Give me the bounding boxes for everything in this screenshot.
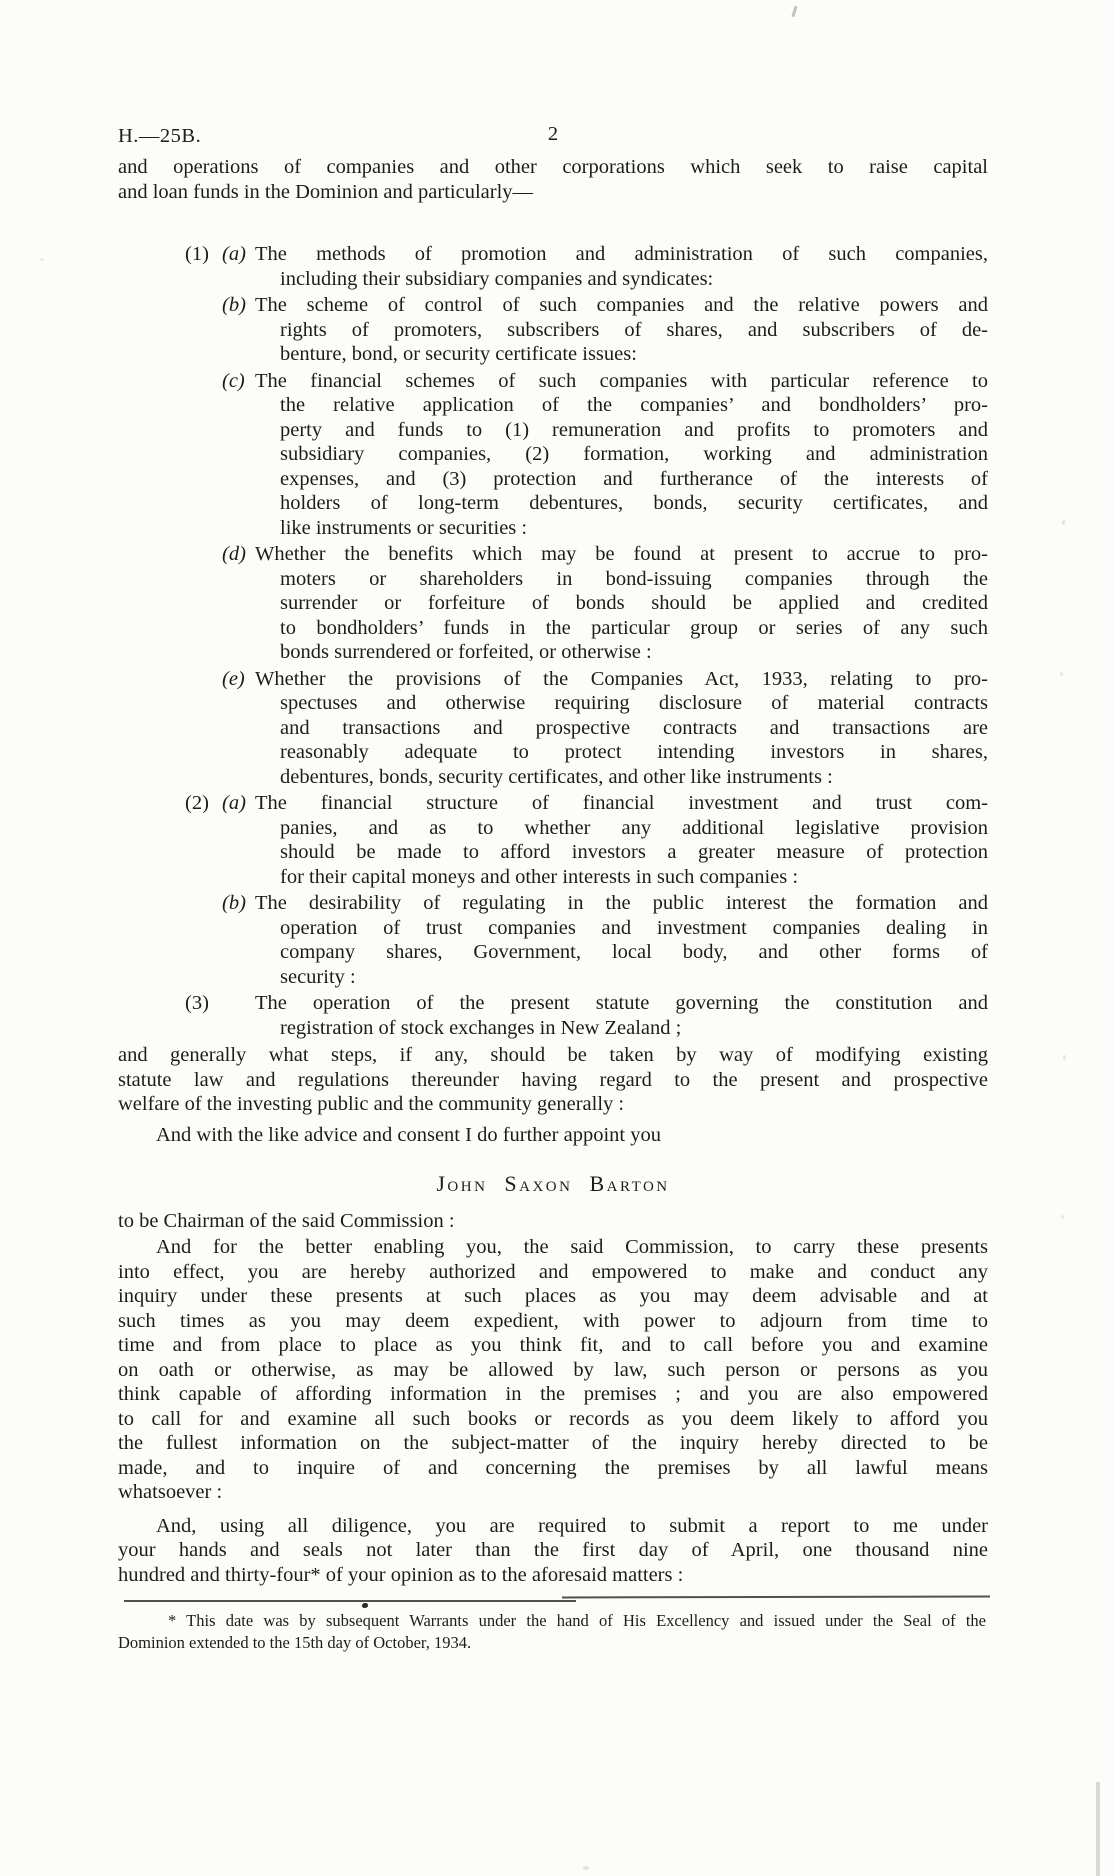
list-item: (d) Whether the benefits which may be fo… — [118, 542, 988, 665]
text-line: company shares, Government, local body, … — [280, 940, 988, 965]
item-letter: (a) — [222, 242, 255, 291]
text-line: and generally what steps, if any, should… — [118, 1043, 988, 1068]
item-text: The operation of the present statute gov… — [255, 991, 988, 1040]
list-item: (c) The financial schemes of such compan… — [118, 369, 988, 541]
text-line: The financial structure of financial inv… — [255, 791, 988, 816]
text-line: to bondholders’ funds in the particular … — [280, 616, 988, 641]
general-scope-paragraph: and generally what steps, if any, should… — [118, 1043, 988, 1117]
item-letter: (e) — [222, 667, 255, 790]
item-number — [185, 667, 222, 790]
scan-speckle — [583, 1866, 589, 1870]
text-line: welfare of the investing public and the … — [118, 1092, 988, 1117]
text-line: and operations of companies and other co… — [118, 155, 988, 180]
page-number: 2 — [118, 122, 988, 147]
text-line: rights of promoters, subscribers of shar… — [280, 318, 988, 343]
text-line: the relative application of the companie… — [280, 393, 988, 418]
appointee-name: John Saxon Barton — [118, 1172, 988, 1197]
text-line: The desirability of regulating in the pu… — [255, 891, 988, 916]
item-text: The financial structure of financial inv… — [255, 791, 988, 889]
item-number: (3) — [185, 991, 222, 1040]
page-header: H.—25B. 2 — [118, 122, 988, 148]
list-item: (b) The desirability of regulating in th… — [118, 891, 988, 989]
text-line: operation of trust companies and investm… — [280, 916, 988, 941]
item-number — [185, 369, 222, 541]
text-line: surrender or forfeiture of bonds should … — [280, 591, 988, 616]
scan-speckle — [1063, 1055, 1066, 1060]
text-line: whatsoever : — [118, 1480, 988, 1505]
item-number — [185, 293, 222, 367]
text-line: statute law and regulations thereunder h… — [118, 1068, 988, 1093]
text-line: Whether the benefits which may be found … — [255, 542, 988, 567]
scan-speckle — [40, 258, 44, 261]
text-line: The scheme of control of such companies … — [255, 293, 988, 318]
report-deadline-paragraph: And, using all diligence, you are requir… — [118, 1514, 988, 1588]
text-line: your hands and seals not later than the … — [118, 1538, 988, 1563]
item-number — [185, 542, 222, 665]
text-line: reasonably adequate to protect intending… — [280, 740, 988, 765]
intro-paragraph: and operations of companies and other co… — [118, 155, 988, 204]
text-line: for their capital moneys and other inter… — [280, 865, 988, 890]
item-letter: (c) — [222, 369, 255, 541]
footnote-rule — [124, 1600, 576, 1602]
text-line: and loan funds in the Dominion and parti… — [118, 180, 988, 205]
text-line: the fullest information on the subject-m… — [118, 1431, 988, 1456]
text-line: The methods of promotion and administrat… — [255, 242, 988, 267]
appointment-line: And with the like advice and consent I d… — [118, 1123, 988, 1148]
item-letter: (a) — [222, 791, 255, 889]
list-item: (b) The scheme of control of such compan… — [118, 293, 988, 367]
item-text: Whether the provisions of the Companies … — [255, 667, 988, 790]
text-line: panies, and as to whether any additional… — [280, 816, 988, 841]
text-line: benture, bond, or security certificate i… — [280, 342, 988, 367]
footnote-rule — [562, 1596, 990, 1599]
text-line: * This date was by subsequent Warrants u… — [118, 1610, 986, 1632]
item-letter — [222, 991, 255, 1040]
item-letter: (d) — [222, 542, 255, 665]
ink-blot-artifact — [362, 1603, 368, 1608]
text-line: hundred and thirty-four* of your opinion… — [118, 1563, 988, 1588]
text-line: spectuses and otherwise requiring disclo… — [280, 691, 988, 716]
item-number: (1) — [185, 242, 222, 291]
text-line: into effect, you are hereby authorized a… — [118, 1260, 988, 1285]
text-line: holders of long-term debentures, bonds, … — [280, 491, 988, 516]
scan-speckle — [1061, 1215, 1064, 1219]
text-line: on oath or otherwise, as may be allowed … — [118, 1358, 988, 1383]
text-line: like instruments or securities : — [280, 516, 988, 541]
list-item: (e) Whether the provisions of the Compan… — [118, 667, 988, 790]
text-line: subsidiary companies, (2) formation, wor… — [280, 442, 988, 467]
text-line: to call for and examine all such books o… — [118, 1407, 988, 1432]
text-line: made, and to inquire of and concerning t… — [118, 1456, 988, 1481]
text-line: The operation of the present statute gov… — [255, 991, 988, 1016]
text-line: think capable of affording information i… — [118, 1382, 988, 1407]
list-item: (3) The operation of the present statute… — [118, 991, 988, 1040]
text-line: The financial schemes of such companies … — [255, 369, 988, 394]
item-letter: (b) — [222, 891, 255, 989]
text-line: Dominion extended to the 15th day of Oct… — [118, 1632, 986, 1654]
item-text: The financial schemes of such companies … — [255, 369, 988, 541]
text-line: Whether the provisions of the Companies … — [255, 667, 988, 692]
chairman-line: to be Chairman of the said Commission : — [118, 1209, 988, 1234]
text-line: registration of stock exchanges in New Z… — [280, 1016, 988, 1041]
text-line: should be made to afford investors a gre… — [280, 840, 988, 865]
text-line: moters or shareholders in bond-issuing c… — [280, 567, 988, 592]
item-text: Whether the benefits which may be found … — [255, 542, 988, 665]
text-line: expenses, and (3) protection and further… — [280, 467, 988, 492]
item-text: The desirability of regulating in the pu… — [255, 891, 988, 989]
text-line: And for the better enabling you, the sai… — [118, 1235, 988, 1260]
item-letter: (b) — [222, 293, 255, 367]
item-text: The scheme of control of such companies … — [255, 293, 988, 367]
text-line: debentures, bonds, security certificates… — [280, 765, 988, 790]
text-line: including their subsidiary companies and… — [280, 267, 988, 292]
list-item: (1) (a) The methods of promotion and adm… — [118, 242, 988, 291]
enabling-paragraph: And for the better enabling you, the sai… — [118, 1235, 988, 1505]
scan-artifact — [1096, 1782, 1100, 1876]
item-number — [185, 891, 222, 989]
text-line: and transactions and prospective contrac… — [280, 716, 988, 741]
text-line: perty and funds to (1) remuneration and … — [280, 418, 988, 443]
text-line: inquiry under these presents at such pla… — [118, 1284, 988, 1309]
item-number: (2) — [185, 791, 222, 889]
text-line: such times as you may deem expedient, wi… — [118, 1309, 988, 1334]
item-text: The methods of promotion and administrat… — [255, 242, 988, 291]
text-line: And, using all diligence, you are requir… — [118, 1514, 988, 1539]
scan-speckle — [1060, 672, 1063, 676]
text-line: security : — [280, 965, 988, 990]
scan-speckle — [1062, 520, 1065, 525]
list-item: (2) (a) The financial structure of finan… — [118, 791, 988, 889]
text-column: H.—25B. 2 and operations of companies an… — [118, 0, 988, 1587]
scanned-document-page: H.—25B. 2 and operations of companies an… — [0, 0, 1114, 1876]
footnote: * This date was by subsequent Warrants u… — [118, 1610, 986, 1653]
terms-of-reference-list: (1) (a) The methods of promotion and adm… — [118, 242, 988, 1040]
text-line: time and from place to place as you thin… — [118, 1333, 988, 1358]
text-line: bonds surrendered or forfeited, or other… — [280, 640, 988, 665]
